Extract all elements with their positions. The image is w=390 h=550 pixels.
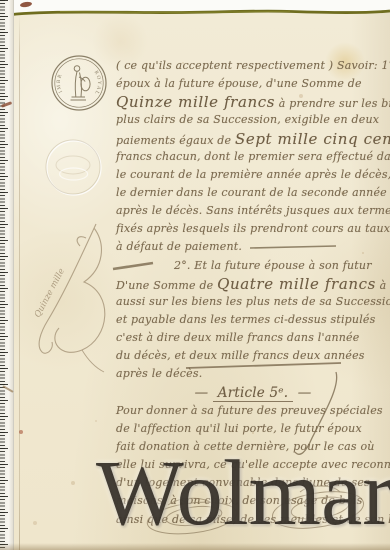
manuscript-line: après le décès. Sans intérêts jusques au…	[116, 202, 390, 220]
embossed-seal	[42, 136, 104, 198]
red-dot	[19, 430, 23, 434]
manuscript-line: après le décès.	[116, 365, 390, 383]
timbre-royal-stamp: TIMBRE ROYAL	[49, 53, 109, 113]
manuscript-line: plus clairs de sa Succession, exigible e…	[116, 111, 390, 129]
manuscript-line: du décès, et deux mille francs deux anné…	[116, 347, 390, 365]
manuscript-line: Quinze mille francs à prendre sur les bi…	[116, 93, 390, 111]
manuscript-line: ( ce qu'ils acceptent respectivement ) S…	[116, 57, 390, 75]
manuscript-line: fixés après lesquels ils prendront cours…	[116, 220, 390, 238]
manuscript-line: et payable dans les termes ci-dessus sti…	[116, 311, 390, 329]
svg-text:ROYAL: ROYAL	[93, 70, 102, 96]
manuscript-line: le courant de la première année après le…	[116, 166, 390, 184]
manuscript-line: D'une Somme de Quatre mille francs à pre…	[116, 275, 390, 293]
manuscript-line: le dernier dans le courant de la seconde…	[116, 184, 390, 202]
margin-paraph: Quinze mille	[26, 220, 121, 378]
manuscript-line: paiements égaux de Sept mille cinq cents	[116, 130, 390, 148]
stamp-text-right: ROYAL	[93, 70, 102, 96]
bottom-edge-shadow	[0, 543, 390, 550]
manuscript-line: c'est à dire deux mille francs dans l'an…	[116, 329, 390, 347]
margin-note-text: Quinze mille	[33, 267, 67, 319]
standing-figure-icon	[71, 66, 91, 100]
manuscript-line: — Article 5ᵉ. —	[116, 384, 390, 402]
manuscript-line: à défaut de paiement.	[116, 238, 390, 256]
manuscript-line: aussi sur les biens les plus nets de sa …	[116, 293, 390, 311]
fold-line	[19, 14, 20, 550]
measuring-ruler	[0, 0, 14, 550]
wolmar-watermark: Wolmar	[96, 447, 390, 540]
manuscript-line: 2°. Et la future épouse à son futur	[116, 257, 390, 275]
manuscript-line: de l'affection qu'il lui porte, le futur…	[116, 420, 390, 438]
manuscript-line: Pour donner à sa future des preuves spéc…	[116, 402, 390, 420]
manuscript-line: francs chacun, dont le premier sera effe…	[116, 148, 390, 166]
manuscript-line: époux à la future épouse, d'une Somme de	[116, 75, 390, 93]
